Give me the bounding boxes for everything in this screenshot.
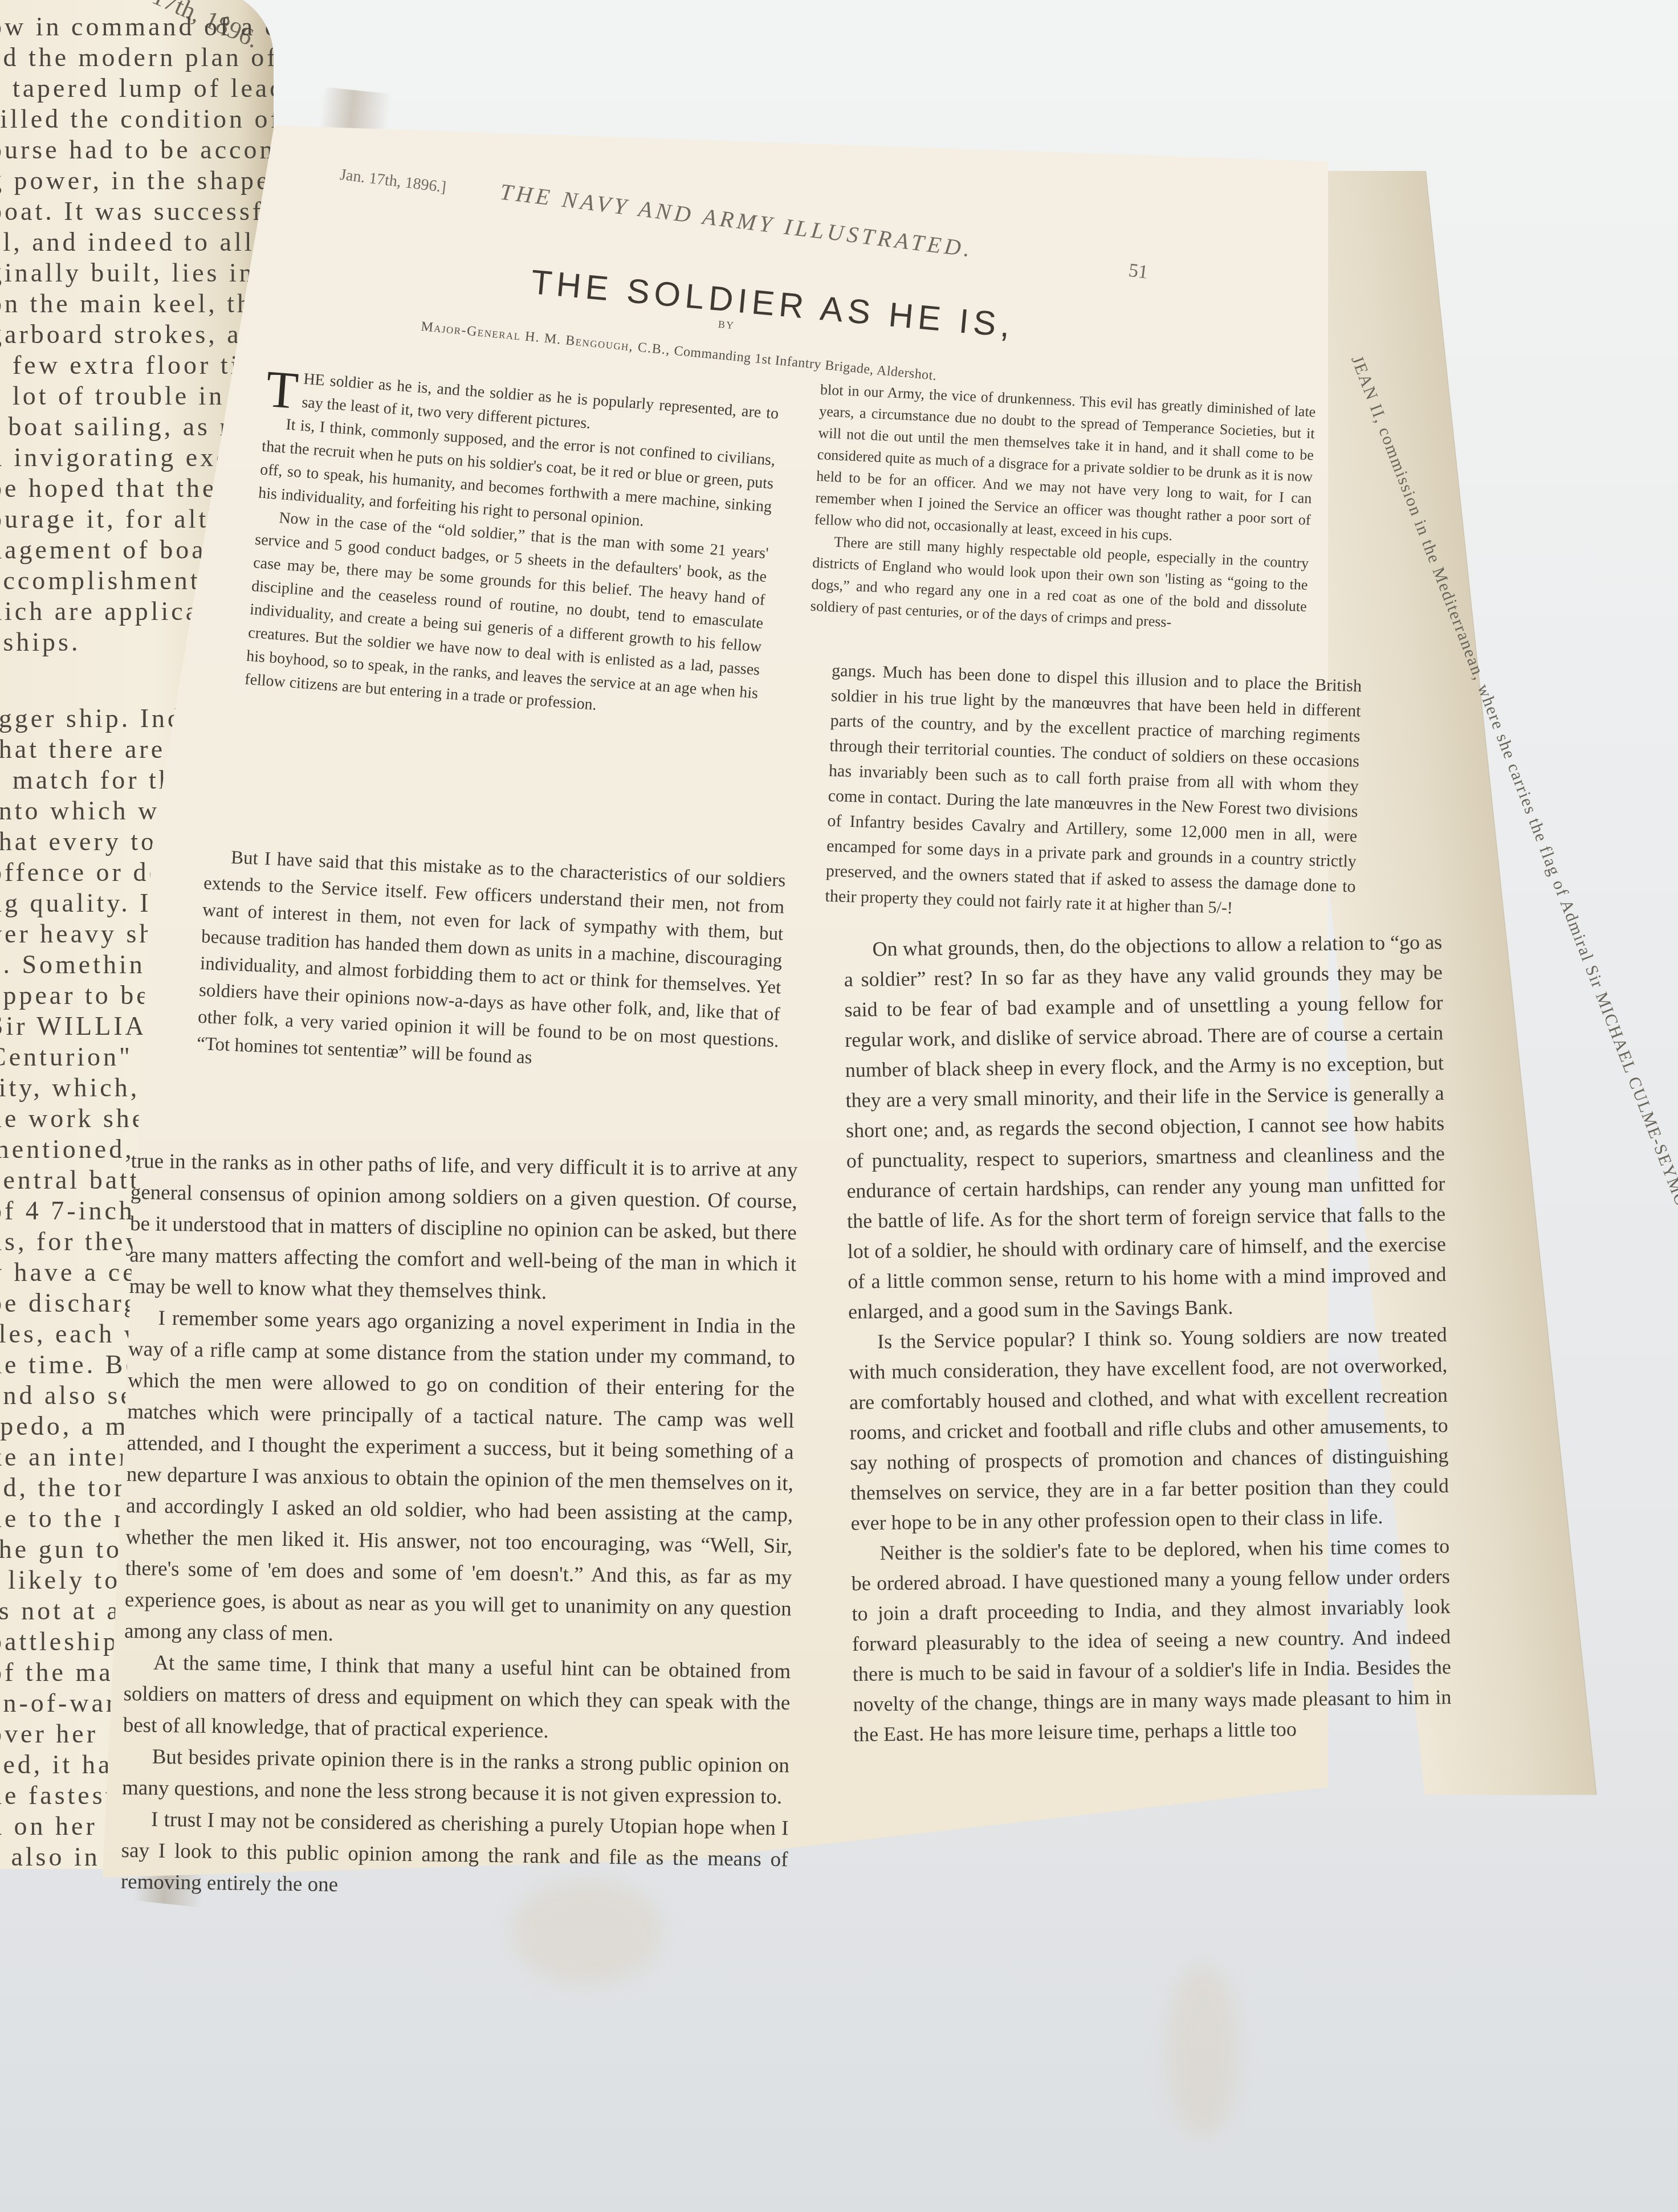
byline-role: Commanding 1st Infantry Brigade, Aldersh… — [673, 344, 937, 383]
right-column-middle: gangs. Much has been done to dispel this… — [825, 658, 1362, 924]
paragraph: But besides private opinion there is in … — [122, 1741, 789, 1813]
page-content: Jan. 17th, 1896.] THE NAVY AND ARMY ILLU… — [0, 0, 1678, 2212]
paragraph: At the same time, I think that many a us… — [123, 1647, 791, 1750]
left-column-bottom: true in the ranks as in other paths of l… — [121, 1145, 798, 1907]
paragraph: But I have said that this mistake as to … — [196, 843, 786, 1081]
article-title: THE SOLDIER AS HE IS, — [530, 262, 1016, 345]
paragraph: On what grounds, then, do the objections… — [844, 927, 1447, 1327]
page-number: 51 — [1127, 260, 1149, 284]
byline-by: BY — [718, 319, 735, 332]
right-column-top: blot in our Army, the vice of drunkennes… — [810, 379, 1316, 639]
paragraph: blot in our Army, the vice of drunkennes… — [814, 379, 1316, 553]
drop-cap: T — [264, 368, 299, 411]
running-head-date: Jan. 17th, 1896.] — [339, 166, 447, 197]
paragraph: I remember some years ago organizing a n… — [124, 1302, 796, 1656]
paragraph: Now in the case of the “old soldier,” th… — [244, 504, 769, 728]
right-column-bottom: On what grounds, then, do the objections… — [844, 927, 1452, 1750]
publication-title: THE NAVY AND ARMY ILLUSTRATED. — [499, 178, 975, 263]
paragraph: gangs. Much has been done to dispel this… — [825, 658, 1362, 924]
running-head: Jan. 17th, 1896.] THE NAVY AND ARMY ILLU… — [339, 158, 1191, 289]
left-column-top: THE soldier as he is, and the soldier as… — [244, 365, 780, 728]
paragraph: Neither is the soldier's fate to be depl… — [851, 1531, 1452, 1750]
paragraph: Is the Service popular? I think so. Youn… — [848, 1320, 1449, 1538]
left-column-middle: But I have said that this mistake as to … — [196, 843, 786, 1081]
byline-name: Major-General H. M. Bengough, C.B., — [421, 319, 671, 358]
paragraph: I trust I may not be considered as cheri… — [121, 1803, 789, 1907]
paragraph: true in the ranks as in other paths of l… — [129, 1145, 798, 1311]
